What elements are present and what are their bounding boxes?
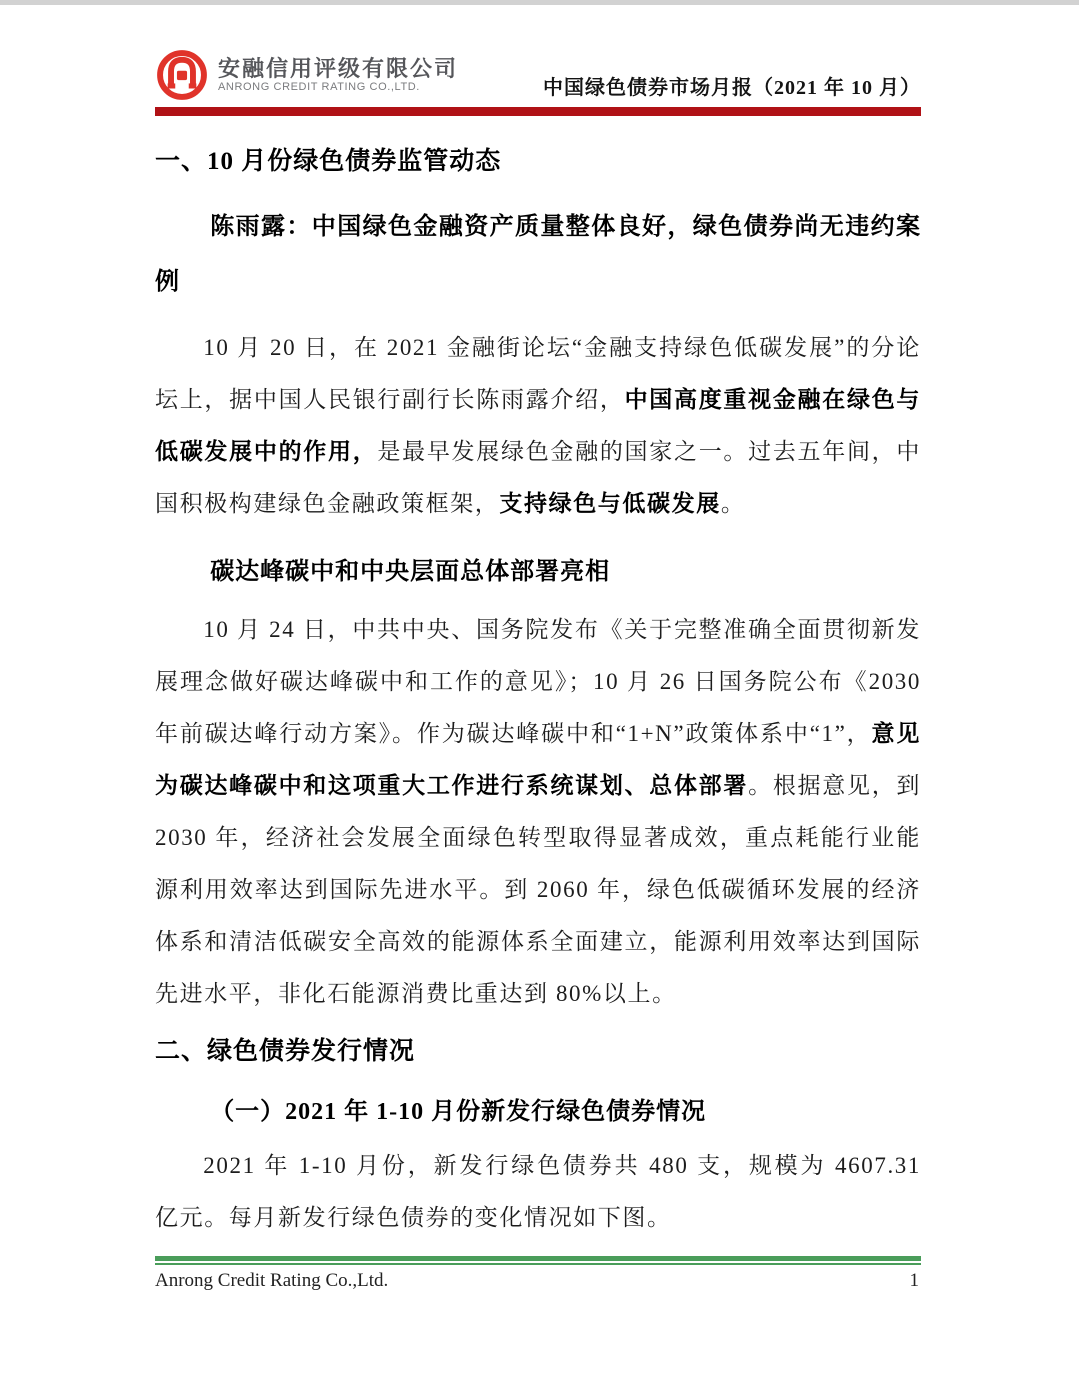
page-header: 安融信用评级有限公司 ANRONG CREDIT RATING CO.,LTD.…: [155, 0, 921, 102]
company-names: 安融信用评级有限公司 ANRONG CREDIT RATING CO.,LTD.: [218, 57, 458, 94]
anrong-ring-icon: [155, 48, 209, 102]
page-footer: Anrong Credit Rating Co.,Ltd. 1: [155, 1256, 921, 1292]
paragraph-1: 10 月 20 日，在 2021 金融街论坛“金融支持绿色低碳发展”的分论坛上，…: [155, 322, 921, 530]
subheading-carbon-peak: 碳达峰碳中和中央层面总体部署亮相: [155, 552, 921, 592]
report-title: 中国绿色债券市场月报（2021 年 10 月）: [543, 71, 921, 102]
subheading-chen-yulu: 陈雨露：中国绿色金融资产质量整体良好，绿色债券尚无违约案例: [155, 200, 921, 310]
footer-row: Anrong Credit Rating Co.,Ltd. 1: [155, 1270, 921, 1292]
company-logo: 安融信用评级有限公司 ANRONG CREDIT RATING CO.,LTD.: [155, 48, 458, 102]
footer-green-rule: [155, 1256, 921, 1265]
section-heading-2: 二、绿色债券发行情况: [155, 1034, 921, 1070]
subheading-issuance: （一）2021 年 1-10 月份新发行绿色债券情况: [155, 1092, 921, 1132]
footer-company: Anrong Credit Rating Co.,Ltd.: [155, 1270, 388, 1292]
header-red-rule: [155, 107, 921, 116]
company-name-cn: 安融信用评级有限公司: [218, 57, 458, 80]
company-name-en: ANRONG CREDIT RATING CO.,LTD.: [218, 82, 458, 94]
section-heading-1: 一、10 月份绿色债券监管动态: [155, 144, 921, 180]
paragraph-2: 10 月 24 日，中共中央、国务院发布《关于完整准确全面贯彻新发展理念做好碳达…: [155, 604, 921, 1020]
report-page: 安融信用评级有限公司 ANRONG CREDIT RATING CO.,LTD.…: [0, 0, 1079, 1400]
paragraph-3: 2021 年 1-10 月份，新发行绿色债券共 480 支，规模为 4607.3…: [155, 1140, 921, 1244]
page-number: 1: [910, 1270, 922, 1292]
page-content: 安融信用评级有限公司 ANRONG CREDIT RATING CO.,LTD.…: [155, 0, 921, 1244]
